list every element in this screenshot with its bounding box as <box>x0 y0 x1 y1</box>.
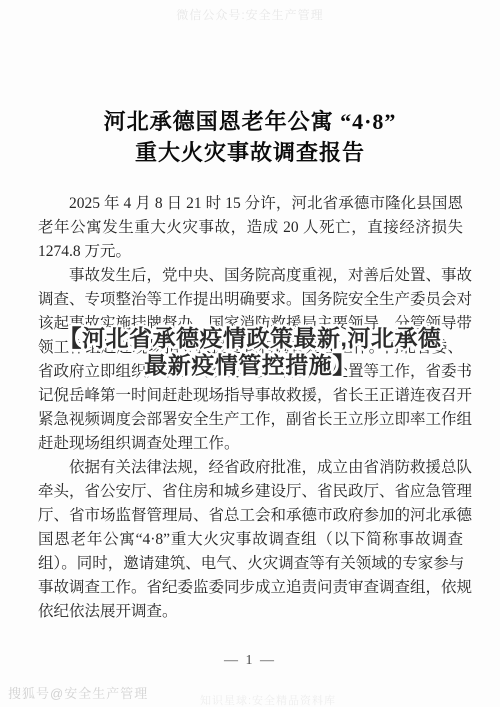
bottom-right-watermark: 知识星球:安全精品资料库 <box>200 692 336 707</box>
overlay-line-1: 【河北省承德疫情政策最新,河北承德 <box>0 325 500 352</box>
paragraph-3-line: 组）。同时，邀请建筑、电气、火灾调查等有关领域的专家参与 <box>38 552 463 576</box>
paragraph-3-line: 厅、省市场监督管理局、省总工会和承德市政府参加的河北承德 <box>38 504 463 528</box>
paragraph-1-line: 老年公寓发生重大火灾事故，造成 20 人死亡，直接经济损失 <box>38 216 463 240</box>
paragraph-2-line: 调查、专项整治等工作提出明确要求。国务院安全生产委员会对 <box>38 288 463 312</box>
top-watermark: 微信公众号:安全生产管理 <box>0 6 500 23</box>
paragraph-2-line: 紧急视频调度会部署安全生产工作，副省长王立彤立即率工作组 <box>38 408 463 432</box>
document-body: 2025 年 4 月 8 日 21 时 15 分许，河北省承德市隆化县国恩 老年… <box>38 192 463 624</box>
paragraph-3-line: 事故调查工作。省纪委监委同步成立追责问责审查调查组，依规 <box>38 576 463 600</box>
document-page: 微信公众号:安全生产管理 河北承德国恩老年公寓 “4·8” 重大火灾事故调查报告… <box>0 0 500 707</box>
paragraph-3-line: 依纪依法展开调查。 <box>38 600 463 624</box>
seo-spam-text-overlay: 【河北省承德疫情政策最新,河北承德 最新疫情管控措施】 <box>0 325 500 379</box>
overlay-line-2: 最新疫情管控措施】 <box>0 352 500 379</box>
paragraph-3-line: 国恩老年公寓“4·8”重大火灾事故调查组（以下简称事故调查 <box>38 528 463 552</box>
page-number: — 1 — <box>0 653 500 669</box>
paragraph-1-line: 1274.8 万元。 <box>38 240 463 264</box>
paragraph-3-line: 牵头，省公安厅、省住房和城乡建设厅、省民政厅、省应急管理 <box>38 480 463 504</box>
document-title-line-1: 河北承德国恩老年公寓 “4·8” <box>0 106 500 137</box>
bottom-left-watermark: 搜狐号@安全生产管理 <box>8 683 148 702</box>
document-title-line-2: 重大火灾事故调查报告 <box>0 137 500 168</box>
paragraph-2-line: 事故发生后，党中央、国务院高度重视，对善后处置、事故 <box>38 264 463 288</box>
paragraph-1-line: 2025 年 4 月 8 日 21 时 15 分许，河北省承德市隆化县国恩 <box>38 192 463 216</box>
paragraph-2-line: 记倪岳峰第一时间赶赴现场指导事故救援，省长王正谱连夜召开 <box>38 384 463 408</box>
paragraph-3-line: 依据有关法律法规，经省政府批准，成立由省消防救援总队 <box>38 456 463 480</box>
paragraph-2-line: 赶赴现场组织调查处理工作。 <box>38 432 463 456</box>
document-title: 河北承德国恩老年公寓 “4·8” 重大火灾事故调查报告 <box>0 106 500 168</box>
